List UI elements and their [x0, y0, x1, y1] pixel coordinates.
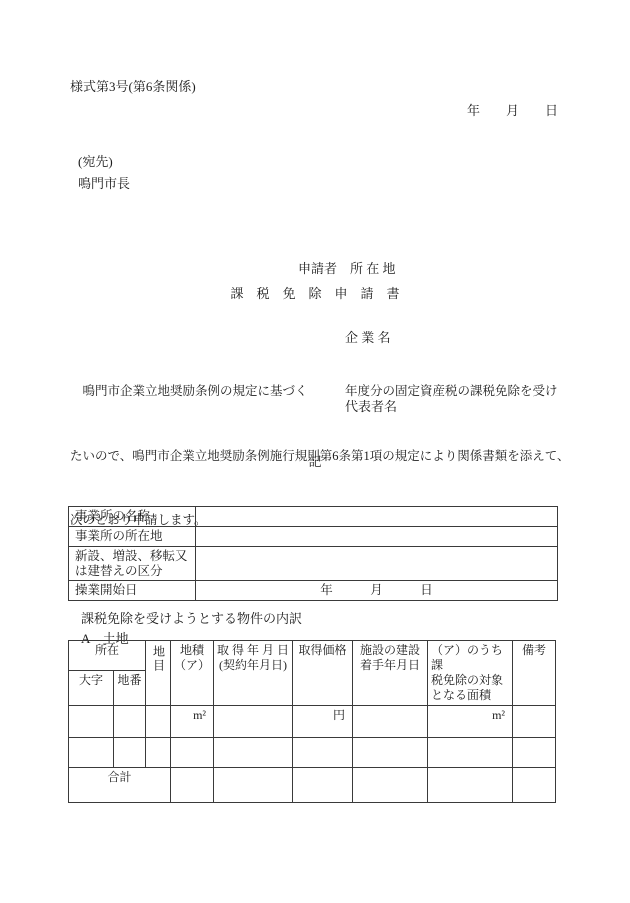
header-remarks: 備考: [513, 641, 556, 706]
data-row-2: [69, 738, 556, 768]
empty-cell: [146, 706, 171, 738]
header-row-top: 所在 地目 地積 （ア） 取 得 年 月 日 (契約年月日) 取得価格 施設の建…: [69, 641, 556, 671]
empty-cell: [69, 738, 114, 768]
price-unit: 円: [293, 706, 353, 738]
establishment-type-value: [196, 547, 558, 581]
empty-cell: [513, 738, 556, 768]
total-label: 合計: [69, 768, 171, 803]
ki-separator: 記: [0, 451, 630, 470]
document-page: 様式第3号(第6条関係) 年 月 日 (宛先) 鳴門市長 申請者 所 在 地 企…: [0, 0, 630, 903]
area-unit: m²: [171, 706, 214, 738]
empty-cell: [428, 768, 513, 803]
empty-cell: [293, 768, 353, 803]
table-row: 事業所の名称: [69, 507, 558, 527]
empty-cell: [353, 768, 428, 803]
office-name-label: 事業所の名称: [69, 507, 196, 527]
addressee-block: (宛先) 鳴門市長: [78, 151, 130, 195]
empty-cell: [114, 738, 146, 768]
operation-start-label: 操業開始日: [69, 581, 196, 601]
body-line-1: 鳴門市企業立地奨励条例の規定に基づく 年度分の固定資産税の課税免除を受け: [70, 381, 570, 403]
office-name-value: [196, 507, 558, 527]
exempt-area-unit: m²: [428, 706, 513, 738]
date-line: 年 月 日: [467, 100, 558, 119]
header-construction-start: 施設の建設 着手年月日: [353, 641, 428, 706]
addressee-name: 鳴門市長: [78, 173, 130, 195]
data-row-1: m² 円 m²: [69, 706, 556, 738]
header-acquisition-date: 取 得 年 月 日 (契約年月日): [214, 641, 293, 706]
land-category-vertical-text: 地目: [151, 645, 166, 673]
document-title: 課 税 免 除 申 請 書: [0, 283, 630, 302]
empty-cell: [171, 738, 214, 768]
empty-cell: [513, 706, 556, 738]
empty-cell: [114, 706, 146, 738]
office-info-table: 事業所の名称 事業所の所在地 新設、増設、移転又は建替えの区分 操業開始日 年 …: [68, 506, 558, 601]
header-acquisition-price: 取得価格: [293, 641, 353, 706]
empty-cell: [171, 768, 214, 803]
establishment-type-label: 新設、増設、移転又は建替えの区分: [69, 547, 196, 581]
empty-cell: [214, 706, 293, 738]
land-details-table: 所在 地目 地積 （ア） 取 得 年 月 日 (契約年月日) 取得価格 施設の建…: [68, 640, 556, 803]
header-area: 地積 （ア）: [171, 641, 214, 706]
applicant-line-address: 申請者 所 在 地: [298, 257, 397, 280]
empty-cell: [293, 738, 353, 768]
empty-cell: [214, 768, 293, 803]
table-row: 操業開始日 年 月 日: [69, 581, 558, 601]
empty-cell: [353, 706, 428, 738]
applicant-field-address: 所 在 地: [350, 261, 396, 276]
header-land-category: 地目: [146, 641, 171, 706]
empty-cell: [69, 706, 114, 738]
empty-cell: [353, 738, 428, 768]
office-address-value: [196, 527, 558, 547]
operation-start-value: 年 月 日: [196, 581, 558, 601]
office-address-label: 事業所の所在地: [69, 527, 196, 547]
form-number: 様式第3号(第6条関係): [70, 76, 196, 95]
details-heading: 課税免除を受けようとする物件の内訳: [81, 608, 302, 627]
table-row: 事業所の所在地: [69, 527, 558, 547]
applicant-separator: [337, 261, 350, 276]
header-location: 所在: [69, 641, 146, 671]
applicant-label: 申請者: [298, 261, 337, 276]
header-oaza: 大字: [69, 671, 114, 706]
empty-cell: [214, 738, 293, 768]
addressee-label: (宛先): [78, 151, 130, 173]
empty-cell: [513, 768, 556, 803]
total-row: 合計: [69, 768, 556, 803]
table-row: 新設、増設、移転又は建替えの区分: [69, 547, 558, 581]
empty-cell: [146, 738, 171, 768]
header-chiban: 地番: [114, 671, 146, 706]
empty-cell: [428, 738, 513, 768]
header-exempt-area: （ア）のうち課 税免除の対象 となる面積: [428, 641, 513, 706]
